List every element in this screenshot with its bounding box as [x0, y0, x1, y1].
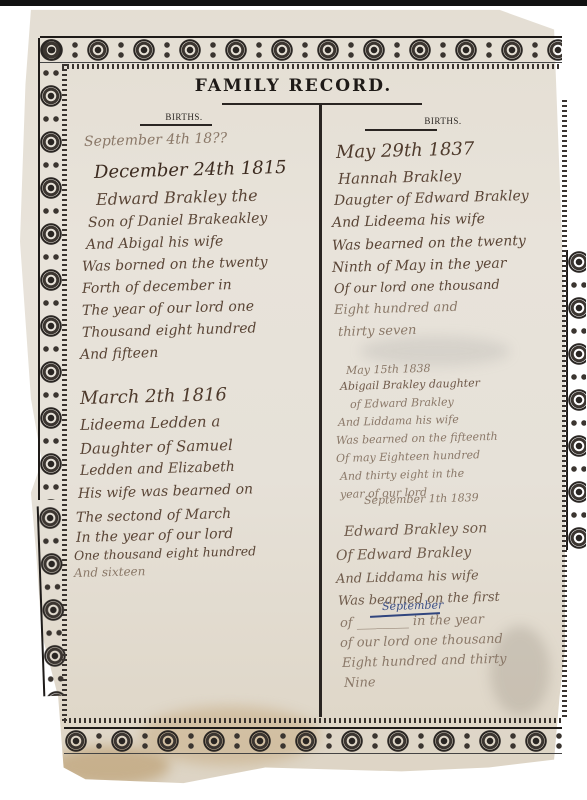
- entry-line: And fifteen: [80, 345, 159, 363]
- left-column-header: BIRTHS.: [144, 112, 224, 122]
- entry-line: Lideema Ledden a: [80, 412, 221, 434]
- border-bottom-dotline: [64, 718, 562, 723]
- entry-date: May 29th 1837: [336, 138, 475, 163]
- right-column-header: BIRTHS.: [403, 116, 483, 126]
- column-divider: [319, 105, 322, 717]
- entry-line: Nine: [344, 675, 376, 691]
- border-left-dotline: [62, 64, 67, 724]
- entry-line: of Edward Brakley: [350, 395, 454, 411]
- entry-date: May 15th 1838: [346, 362, 431, 377]
- entry-line: thirty seven: [338, 323, 417, 340]
- border-right-dotline: [562, 100, 567, 720]
- border-top-dotline: [62, 64, 562, 69]
- border-bottom: [64, 727, 562, 754]
- title-underline: [222, 103, 422, 105]
- page-title: FAMILY RECORD.: [0, 76, 587, 96]
- left-header-rule: [140, 124, 212, 126]
- entry-date: March 2th 1816: [80, 384, 227, 409]
- border-top: [40, 36, 562, 63]
- scan-top-edge: [0, 0, 587, 6]
- entry-line: Hannah Brakley: [338, 167, 462, 188]
- blue-correction: September: [382, 598, 444, 613]
- entry-line: And sixteen: [74, 564, 146, 580]
- border-left-upper: [38, 38, 62, 500]
- right-header-rule: [365, 129, 437, 131]
- border-right: [566, 250, 586, 550]
